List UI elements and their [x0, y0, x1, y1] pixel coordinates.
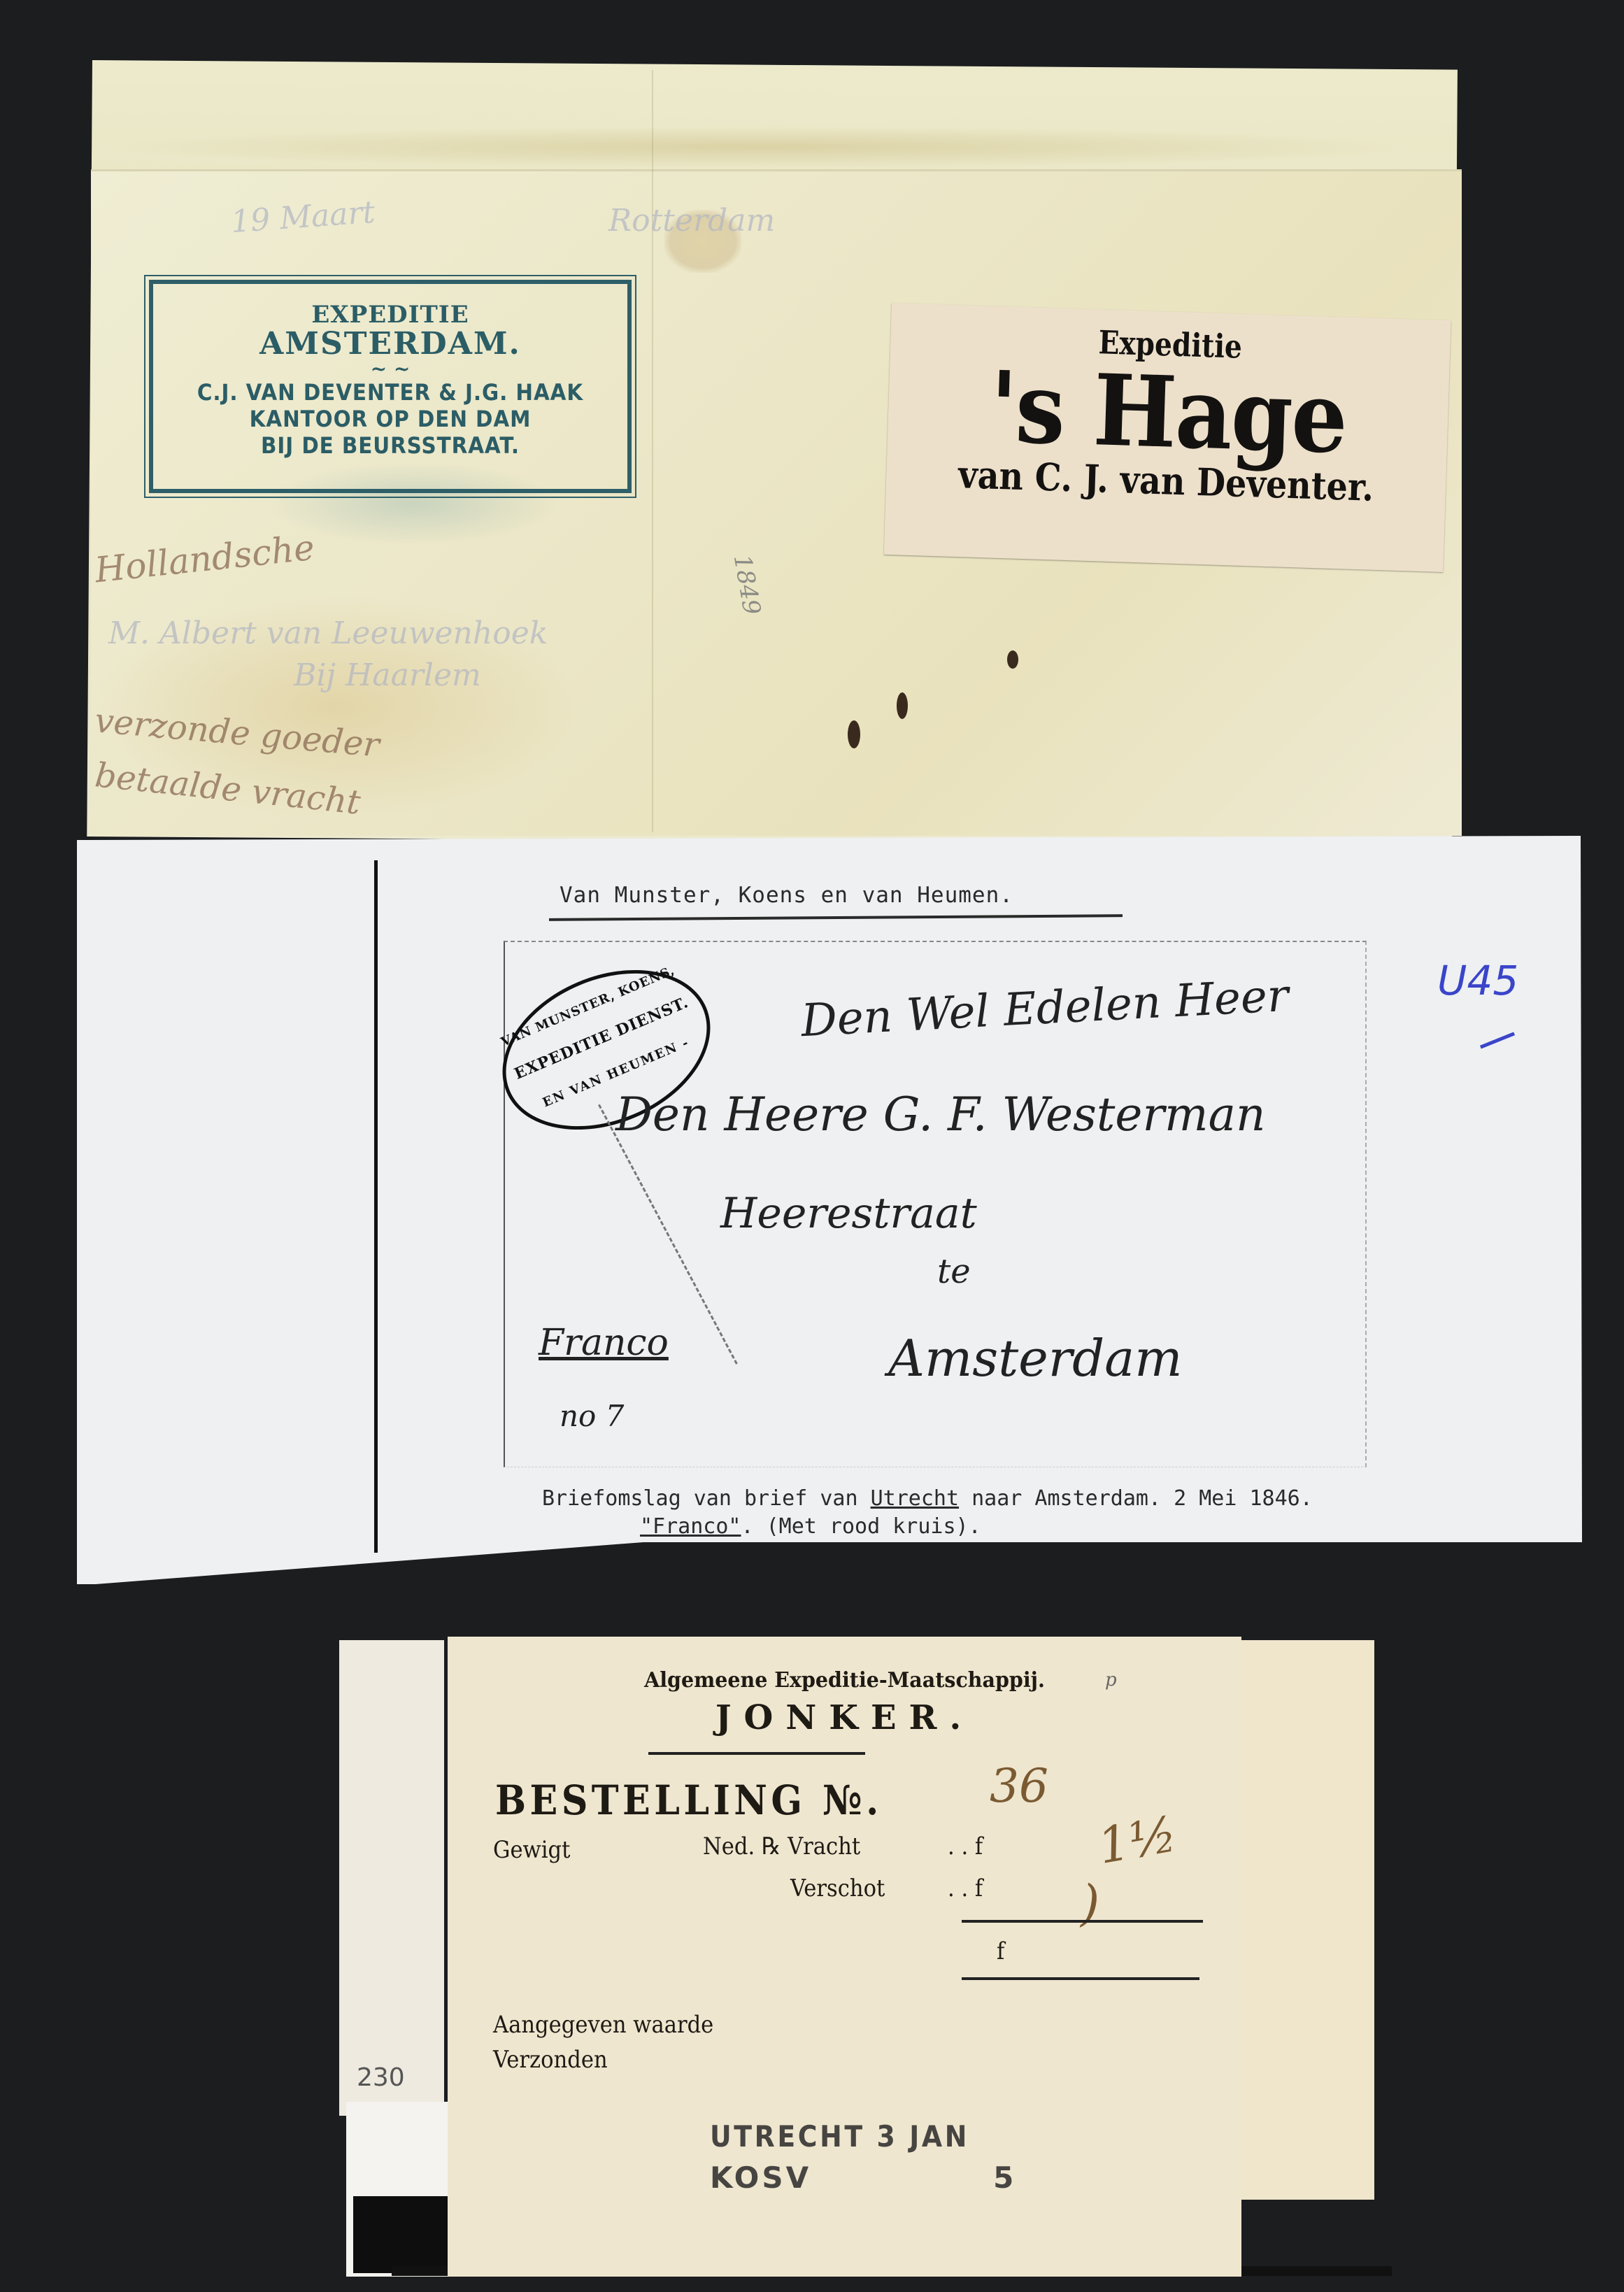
dark-edge [353, 2196, 458, 2273]
total-f: f [997, 1937, 1004, 1965]
caption-text: . (Met rood kruis). [741, 1514, 981, 1539]
postmark-text: KOSV [710, 2161, 811, 2195]
company-name: Algemeene Expeditie-Maatschappij. [467, 1668, 1221, 1693]
verschot-amount: ) [1081, 1874, 1099, 1932]
aangegeven-waarde-label: Aangegeven waarde [493, 2011, 713, 2039]
expeditie-hage-label: Expeditie 's Hage van C. J. van Deventer… [884, 303, 1451, 572]
ink-spot [897, 692, 908, 719]
bestelling-number: 36 [990, 1759, 1048, 1813]
sum-line [962, 1920, 1203, 1923]
verschot-label: Verschot [790, 1874, 885, 1902]
faint-handwriting: Bij Haarlem [294, 657, 481, 693]
gewigt-label: Gewigt [493, 1836, 570, 1864]
divider [648, 1752, 865, 1755]
postmark-line: UTRECHT 3 JAN [710, 2119, 986, 2154]
stamp-line: C.J. VAN DEVENTER & J.G. HAAK [172, 379, 608, 406]
address-line: Amsterdam [888, 1329, 1182, 1388]
vracht-label: Ned. ℞ Vracht [703, 1832, 860, 1860]
cover-3-right-flap [1234, 1640, 1374, 2200]
bestelling-label: BESTELLING №. [495, 1777, 883, 1824]
caption-franco: "Franco" [640, 1514, 741, 1539]
pencil-note: 230 [357, 2063, 405, 2092]
ornament-icon: ~ ~ [153, 357, 627, 380]
ink-spot [848, 720, 860, 748]
faint-handwriting: M. Albert van Leeuwenhoek [108, 615, 548, 651]
postmark-line: KOSV5 [710, 2161, 1016, 2195]
label-city: 's Hage [915, 360, 1421, 467]
stamp-line: BIJ DE BEURSSTRAAT. [172, 432, 608, 459]
faint-handwriting: Rotterdam [608, 203, 775, 239]
postmark-text: 5 [993, 2161, 1016, 2195]
expeditie-amsterdam-stamp: EXPEDITIE AMSTERDAM. ~ ~ C.J. VAN DEVENT… [149, 280, 632, 493]
stamp-line: AMSTERDAM. [153, 326, 627, 362]
caption-line-1: Briefomslag van brief van Utrecht naar A… [542, 1486, 1313, 1511]
total-line [962, 1977, 1199, 1980]
sheet-heading: Van Munster, Koens en van Heumen. [560, 883, 1013, 908]
verschot-dots: . . f [948, 1874, 983, 1902]
firm-name: JONKER. [448, 1698, 1241, 1737]
caption-line-2: "Franco". (Met rood kruis). [640, 1514, 981, 1539]
caption-city: Utrecht [871, 1486, 959, 1511]
utrecht-postmark: UTRECHT 3 JAN KOSV5 [710, 2119, 1016, 2195]
vracht-dots: . . f [948, 1832, 983, 1860]
fold-line [652, 70, 653, 832]
address-line: Heerestraat [720, 1189, 977, 1238]
ink-spot [1007, 650, 1018, 669]
verzonden-label: Verzonden [493, 2046, 608, 2074]
stamp-line: EXPEDITIE [153, 301, 627, 329]
stain [98, 126, 1427, 168]
stamp-line: KANTOOR OP DEN DAM [172, 406, 608, 432]
cover-3-left-flap [339, 1640, 444, 2116]
address-line: te [937, 1252, 971, 1291]
manuscript-number: no 7 [560, 1399, 624, 1433]
margin-rule [374, 860, 378, 1553]
blue-pen-note: U45 [1437, 957, 1518, 1004]
caption-text: naar Amsterdam. 2 Mei 1846. [959, 1486, 1313, 1511]
franco-mark: Franco [539, 1322, 669, 1364]
address-line: Den Heere G. F. Westerman [615, 1088, 1265, 1141]
caption-text: Briefomslag van brief van [542, 1486, 871, 1511]
